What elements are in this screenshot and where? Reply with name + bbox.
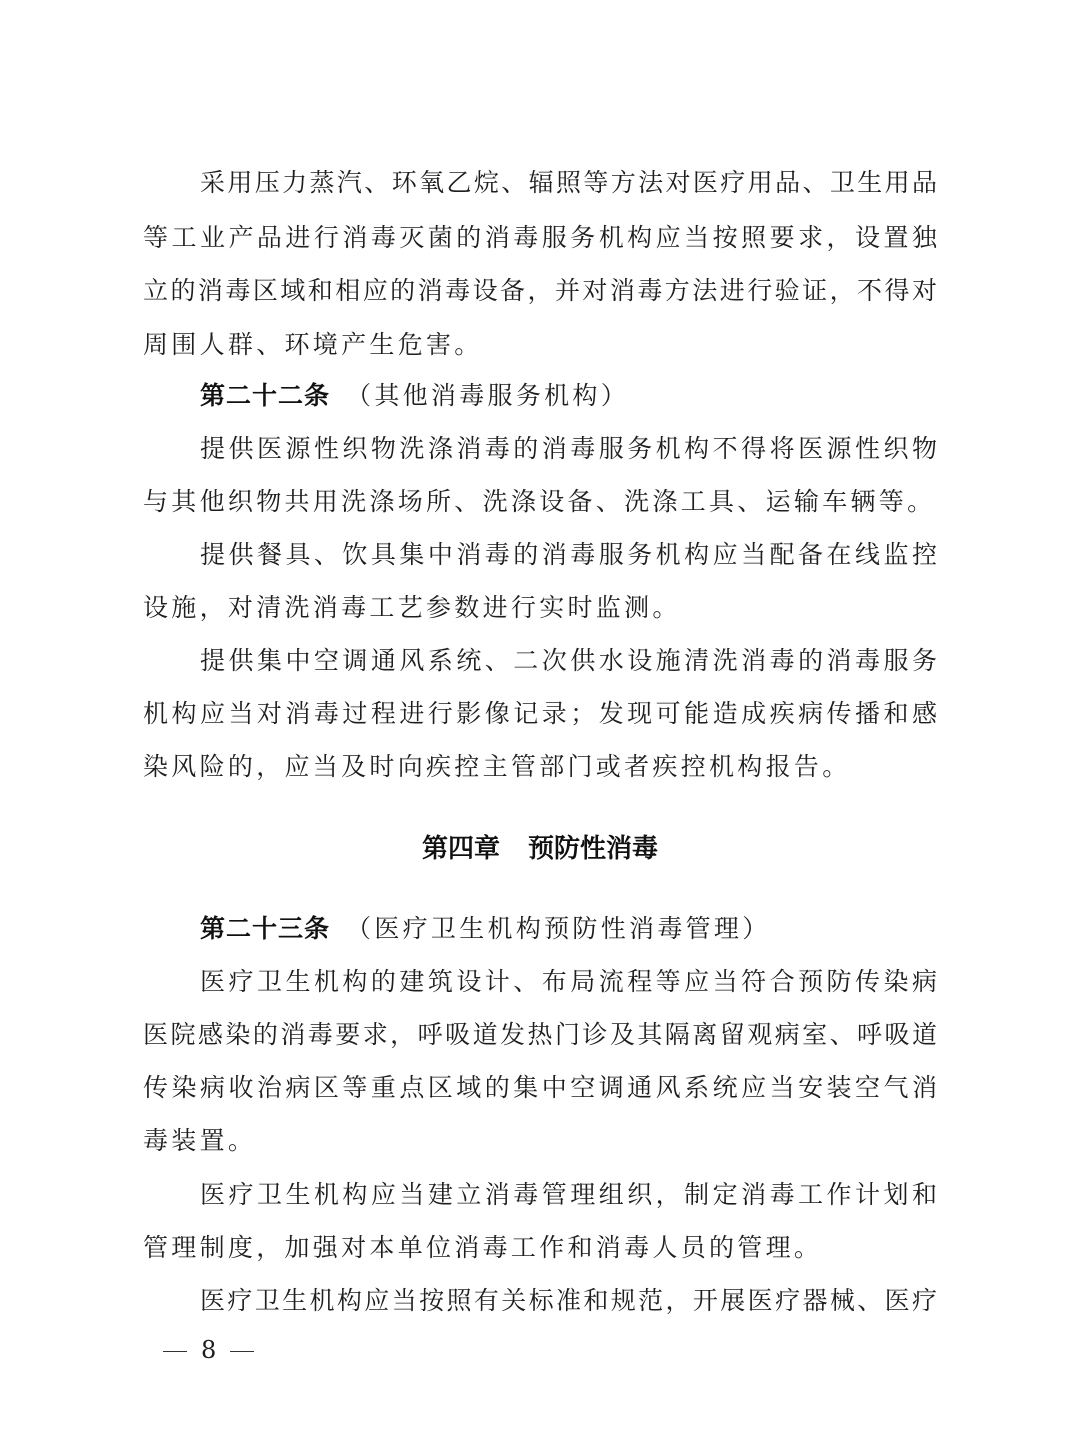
paragraph-line: 提供集中空调通风系统、二次供水设施清洗消毒的消毒服务 — [200, 641, 937, 681]
article-number: 第二十三条 — [200, 914, 330, 943]
paragraph-line: 染风险的，应当及时向疾控主管部门或者疾控机构报告。 — [143, 747, 943, 787]
paragraph-line: 立的消毒区域和相应的消毒设备，并对消毒方法进行验证，不得对 — [143, 271, 937, 311]
page-number: 8 — [163, 1334, 254, 1366]
paragraph-line: 医疗卫生机构应当建立消毒管理组织，制定消毒工作计划和 — [200, 1175, 937, 1215]
paragraph-line: 机构应当对消毒过程进行影像记录；发现可能造成疾病传播和感 — [143, 694, 937, 734]
paragraph-line: 医疗卫生机构的建筑设计、布局流程等应当符合预防传染病 — [200, 962, 937, 1002]
article-title: （医疗卫生机构预防性消毒管理） — [346, 914, 771, 943]
paragraph-line: 传染病收治病区等重点区域的集中空调通风系统应当安装空气消 — [143, 1068, 937, 1108]
page-number-value: 8 — [201, 1334, 216, 1366]
article-22-heading: 第二十二条（其他消毒服务机构） — [200, 376, 629, 416]
dash-right — [230, 1351, 254, 1352]
paragraph-line: 提供餐具、饮具集中消毒的消毒服务机构应当配备在线监控 — [200, 535, 937, 575]
paragraph-line: 管理制度，加强对本单位消毒工作和消毒人员的管理。 — [143, 1228, 943, 1268]
dash-left — [163, 1351, 187, 1352]
article-number: 第二十二条 — [200, 381, 330, 410]
chapter-number: 第四章 — [422, 834, 500, 864]
document-page: 采用压力蒸汽、环氧乙烷、辐照等方法对医疗用品、卫生用品 等工业产品进行消毒灭菌的… — [0, 0, 1080, 1448]
paragraph-line: 采用压力蒸汽、环氧乙烷、辐照等方法对医疗用品、卫生用品 — [200, 163, 937, 203]
paragraph-line: 等工业产品进行消毒灭菌的消毒服务机构应当按照要求，设置独 — [143, 218, 937, 258]
paragraph-line: 周围人群、环境产生危害。 — [143, 325, 943, 365]
paragraph-line: 毒装置。 — [143, 1121, 943, 1161]
paragraph-line: 提供医源性织物洗涤消毒的消毒服务机构不得将医源性织物 — [200, 429, 937, 469]
paragraph-line: 设施，对清洗消毒工艺参数进行实时监测。 — [143, 588, 943, 628]
paragraph-line: 医疗卫生机构应当按照有关标准和规范，开展医疗器械、医疗 — [200, 1281, 937, 1321]
article-title: （其他消毒服务机构） — [346, 381, 629, 410]
chapter-heading: 第四章预防性消毒 — [0, 829, 1080, 869]
paragraph-line: 医院感染的消毒要求，呼吸道发热门诊及其隔离留观病室、呼吸道 — [143, 1015, 937, 1055]
paragraph-line: 与其他织物共用洗涤场所、洗涤设备、洗涤工具、运输车辆等。 — [143, 482, 943, 522]
article-23-heading: 第二十三条（医疗卫生机构预防性消毒管理） — [200, 909, 771, 949]
chapter-title: 预防性消毒 — [528, 834, 658, 864]
